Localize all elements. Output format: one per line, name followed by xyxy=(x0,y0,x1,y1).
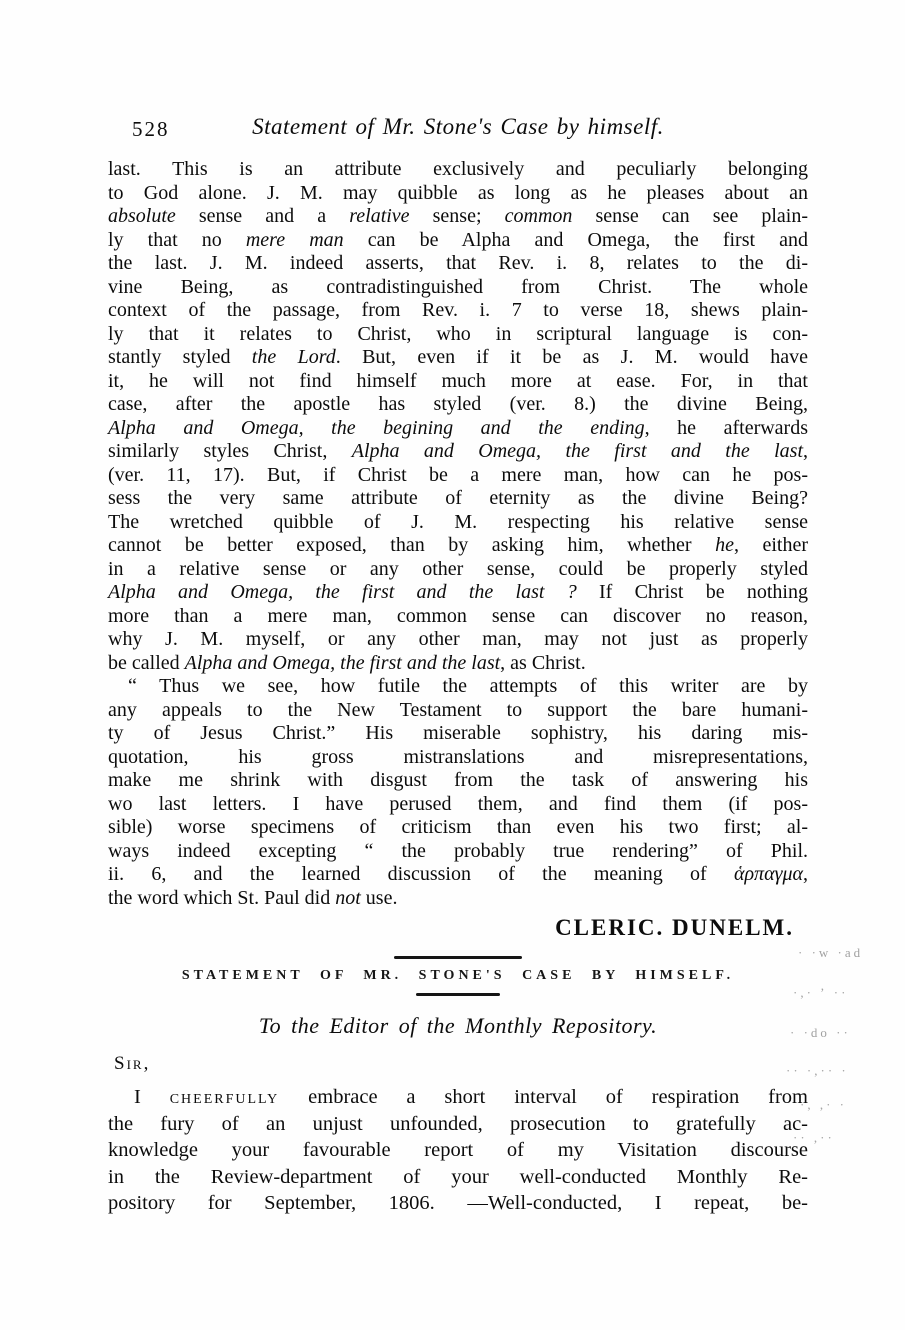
page-header: 528 Statement of Mr. Stone's Case by him… xyxy=(108,114,808,148)
bleedthrough-artifact: ·, ,· · xyxy=(800,1097,847,1113)
text-line: pository for September, 1806. —Well-cond… xyxy=(108,1190,808,1217)
text-line: case, after the apostle has styled (ver.… xyxy=(108,393,808,417)
text-line: I cheerfully embrace a short interval of… xyxy=(108,1084,808,1111)
salutation: Sir, xyxy=(114,1053,808,1075)
text-line: quotation, his gross mistranslations and… xyxy=(108,746,808,770)
divider-rule xyxy=(394,956,522,959)
text-line: to God alone. J. M. may quibble as long … xyxy=(108,182,808,206)
text-line: cannot be better exposed, than by asking… xyxy=(108,534,808,558)
text-line: why J. M. myself, or any other man, may … xyxy=(108,628,808,652)
paragraph-reply: last. This is an attribute exclusively a… xyxy=(108,158,808,675)
text-line: vine Being, as contradistinguished from … xyxy=(108,276,808,300)
text-line: The wretched quibble of J. M. respecting… xyxy=(108,511,808,535)
text-line: the word which St. Paul did not use. xyxy=(108,887,808,911)
text-line: any appeals to the New Testament to supp… xyxy=(108,699,808,723)
text-line: “ Thus we see, how futile the attempts o… xyxy=(108,675,808,699)
text-line: wo last letters. I have perused them, an… xyxy=(108,793,808,817)
text-line: context of the passage, from Rev. i. 7 t… xyxy=(108,299,808,323)
bleedthrough-artifact: ·· ·,·· · xyxy=(786,1063,849,1079)
page-number: 528 xyxy=(132,117,170,142)
text-line: ly that it relates to Christ, who in scr… xyxy=(108,323,808,347)
text-line: similarly styles Christ, Alpha and Omega… xyxy=(108,440,808,464)
text-line: sible) worse specimens of criticism than… xyxy=(108,816,808,840)
text-line: more than a mere man, common sense can d… xyxy=(108,605,808,629)
signature: CLERIC. DUNELM. xyxy=(108,915,808,941)
divider-rule-short xyxy=(416,993,500,996)
bleedthrough-artifact: ·· ,·· xyxy=(793,1130,835,1146)
section-heading: STATEMENT OF MR. STONE'S CASE BY HIMSELF… xyxy=(108,968,808,984)
text-line: absolute sense and a relative sense; com… xyxy=(108,205,808,229)
text-line: the last. J. M. indeed asserts, that Rev… xyxy=(108,252,808,276)
text-line: be called Alpha and Omega, the first and… xyxy=(108,652,808,676)
text-line: Alpha and Omega, the first and the last … xyxy=(108,581,808,605)
text-line: it, he will not find himself much more a… xyxy=(108,370,808,394)
text-line: the fury of an unjust unfounded, prosecu… xyxy=(108,1111,808,1138)
text-line: knowledge your favourable report of my V… xyxy=(108,1137,808,1164)
paragraph-quote-reply: “ Thus we see, how futile the attempts o… xyxy=(108,675,808,910)
bleedthrough-artifact: ·,· ʼ ·· xyxy=(793,985,848,1001)
text-column: 528 Statement of Mr. Stone's Case by him… xyxy=(108,114,808,1217)
editor-address: To the Editor of the Monthly Repository. xyxy=(108,1013,808,1039)
bleedthrough-artifact: · ·do ·· xyxy=(790,1025,851,1041)
text-line: ii. 6, and the learned discussion of the… xyxy=(108,863,808,887)
scanned-page: 528 Statement of Mr. Stone's Case by him… xyxy=(0,0,905,1330)
article-body: last. This is an attribute exclusively a… xyxy=(108,158,808,941)
text-line: ty of Jesus Christ.” His miserable sophi… xyxy=(108,722,808,746)
text-line: (ver. 11, 17). But, if Christ be a mere … xyxy=(108,464,808,488)
text-line: ways indeed excepting “ the probably tru… xyxy=(108,840,808,864)
text-line: in the Review-department of your well-co… xyxy=(108,1164,808,1191)
running-title: Statement of Mr. Stone's Case by himself… xyxy=(108,114,808,140)
text-line: Alpha and Omega, the begining and the en… xyxy=(108,417,808,441)
bleedthrough-artifact: · ·w ·ad xyxy=(798,945,863,961)
letter-paragraph: I cheerfully embrace a short interval of… xyxy=(108,1084,808,1217)
text-line: sess the very same attribute of eternity… xyxy=(108,487,808,511)
text-line: stantly styled the Lord. But, even if it… xyxy=(108,346,808,370)
text-line: make me shrink with disgust from the tas… xyxy=(108,769,808,793)
text-line: ly that no mere man can be Alpha and Ome… xyxy=(108,229,808,253)
text-line: last. This is an attribute exclusively a… xyxy=(108,158,808,182)
text-line: in a relative sense or any other sense, … xyxy=(108,558,808,582)
